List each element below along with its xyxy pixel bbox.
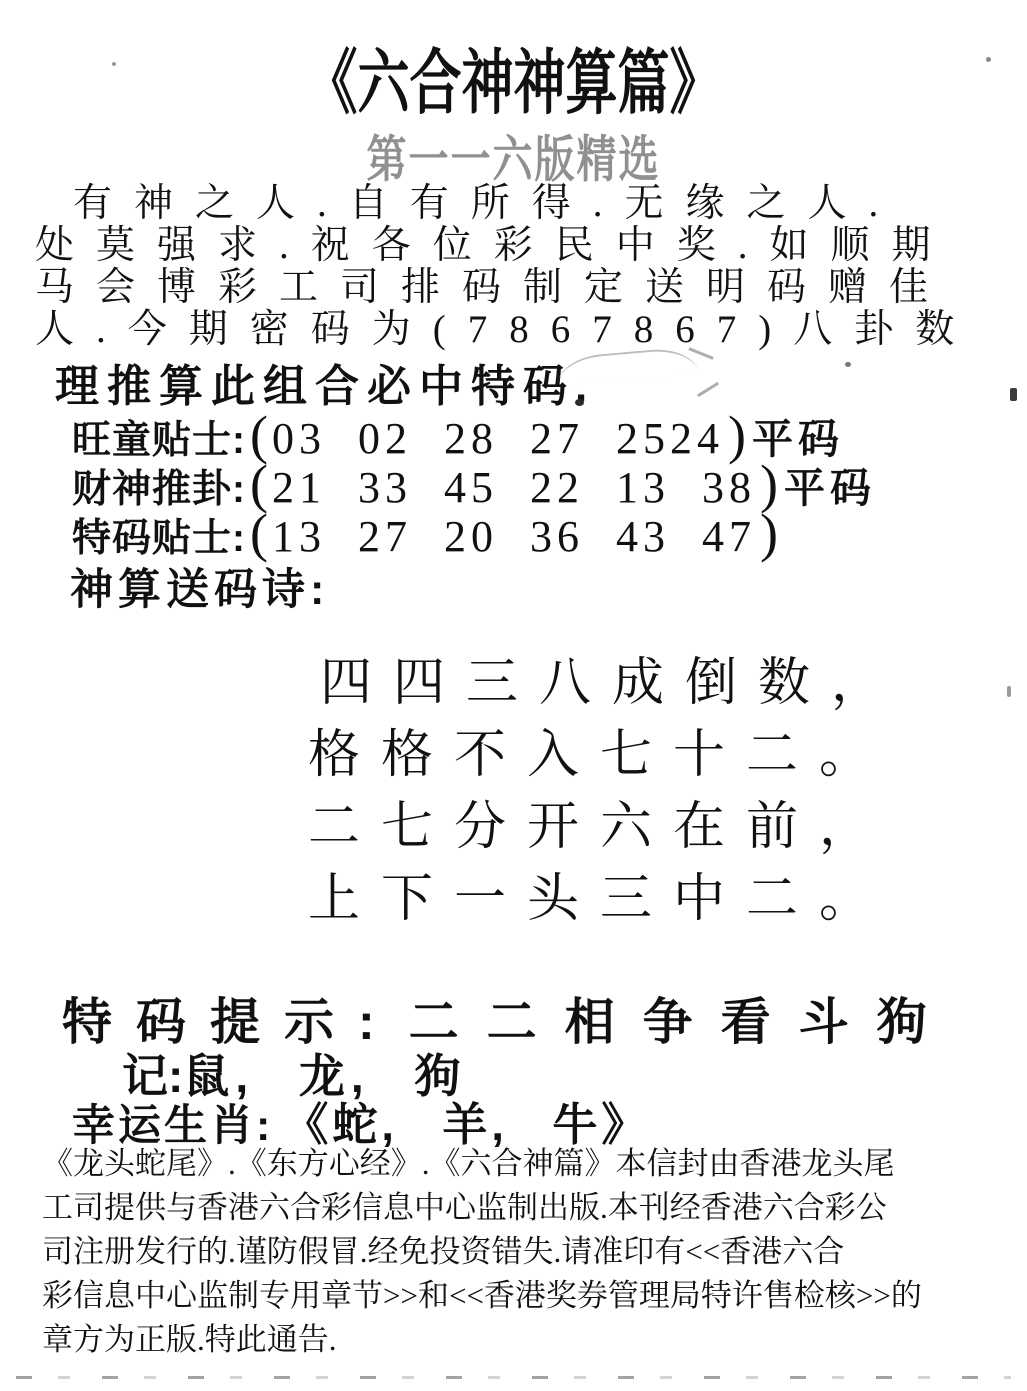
footer-line-5: 章方为正版.特此通告. [42,1318,1002,1362]
ink-speck [986,57,991,62]
code-poem: 四四三八成倒数， 格格不入七十二。 二七分开六在前， 上下一头三中二。 [308,648,904,936]
ink-speck [1007,686,1011,697]
footer-line-1: 《龙头蛇尾》.《东方心经》.《六合神篇》本信封由香港龙头尾 [42,1142,1002,1186]
intro-line-4: 人.今期密码为(7867867)八卦数 [35,309,1010,351]
poem-line-1: 四四三八成倒数， [320,648,904,720]
footer-line-4: 彩信息中心监制专用章节>>和<<香港奖券管理局特许售检核>>的 [42,1274,1002,1318]
paren-close: ) [724,404,750,466]
tips-block: 旺童贴士: ( 03 02 28 27 2524 ) 平码 财神推卦: ( 21… [72,404,876,551]
tip-numbers: 13 27 20 36 43 47 [272,511,756,562]
ink-speck [112,62,116,66]
scan-cut-line [16,1376,1011,1379]
paren-open: ( [246,502,272,564]
scan-smudge-dash [697,382,719,397]
tip-suffix: 平码 [784,455,876,514]
ink-speck [1010,388,1017,401]
page-title: 《六合神神算篇》 [0,26,1027,127]
ink-speck [575,399,584,406]
poem-line-3: 二七分开六在前， [308,792,904,864]
tip-numbers: 03 02 28 27 2524 [272,413,724,464]
intro-line-3: 马会博彩工司排码制定送明码赠佳 [35,267,1010,309]
paren-close: ) [756,502,782,564]
tip-row-wangtong: 旺童贴士: ( 03 02 28 27 2524 ) 平码 [72,404,876,453]
hint-value: 二二相争看斗狗 [409,994,955,1050]
footer-line-2: 工司提供与香港六合彩信息中心监制出版.本刊经香港六合彩公 [42,1186,1002,1230]
intro-line-1: 有神之人.自有所得.无缘之人. [73,183,1010,225]
tip-label: 财神推卦: [72,458,246,514]
publisher-notice: 《龙头蛇尾》.《东方心经》.《六合神篇》本信封由香港龙头尾 工司提供与香港六合彩… [42,1142,1002,1362]
poem-line-2: 格格不入七十二。 [308,720,904,792]
footer-line-3: 司注册发行的.谨防假冒.经免投资错失.请准印有<<香港六合 [42,1230,1002,1274]
poem-heading: 神算送码诗: [70,556,329,617]
poem-line-4: 上下一头三中二。 [308,864,904,936]
lottery-tip-sheet-scan: 《六合神神算篇》 第一一六版精选 有神之人.自有所得.无缘之人. 处莫强求.祝各… [0,0,1027,1391]
edition-subtitle: 第一一六版精选 [0,120,1027,191]
ink-speck [845,362,851,367]
tip-numbers: 21 33 45 22 13 38 [272,462,756,513]
intro-paragraph: 有神之人.自有所得.无缘之人. 处莫强求.祝各位彩民中奖.如顺期 马会博彩工司排… [35,183,1010,351]
intro-line-2: 处莫强求.祝各位彩民中奖.如顺期 [35,225,1010,267]
tip-label: 旺童贴士: [72,409,246,465]
tip-label: 特码贴士: [72,507,246,563]
